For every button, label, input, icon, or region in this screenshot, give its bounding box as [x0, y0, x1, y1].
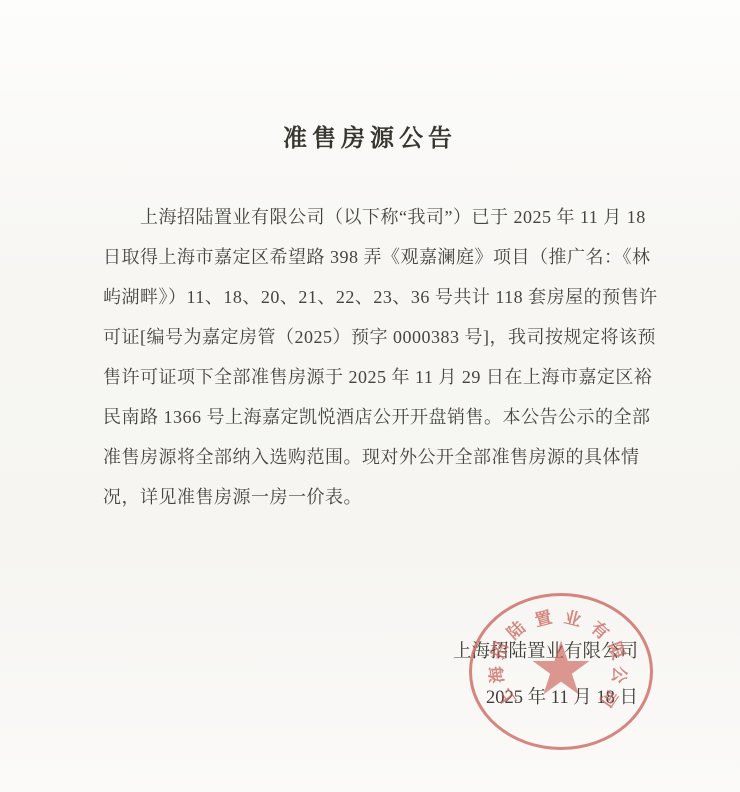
body-line: 日取得上海市嘉定区希望路 398 弄《观嘉澜庭》项目（推广名：《林: [103, 237, 639, 277]
body-line: 准售房源将全部纳入选购范围。现对外公开全部准售房源的具体情: [103, 437, 639, 477]
body-line: 可证[编号为嘉定房管（2025）预字 0000383 号]，我司按规定将该预: [103, 317, 639, 357]
body-line: 上海招陆置业有限公司（以下称“我司”）已于 2025 年 11 月 18: [103, 197, 639, 237]
announcement-page: 准售房源公告 上海招陆置业有限公司（以下称“我司”）已于 2025 年 11 月…: [0, 0, 740, 792]
signature-company: 上海招陆置业有限公司: [453, 629, 638, 675]
body-paragraph: 上海招陆置业有限公司（以下称“我司”）已于 2025 年 11 月 18 日取得…: [103, 197, 639, 517]
body-line: 况，详见准售房源一房一价表。: [103, 477, 639, 517]
page-title: 准售房源公告: [0, 118, 740, 153]
signature-block: 上海招陆置业有限公司 2025 年 11 月 18 日: [453, 629, 638, 721]
signature-date: 2025 年 11 月 18 日: [453, 675, 638, 721]
body-line: 民南路 1366 号上海嘉定凯悦酒店公开开盘销售。本公告公示的全部: [103, 397, 639, 437]
body-line: 屿湖畔》）11、18、20、21、22、23、36 号共计 118 套房屋的预售…: [103, 277, 639, 317]
body-line: 售许可证项下全部准售房源于 2025 年 11 月 29 日在上海市嘉定区裕: [103, 357, 639, 397]
